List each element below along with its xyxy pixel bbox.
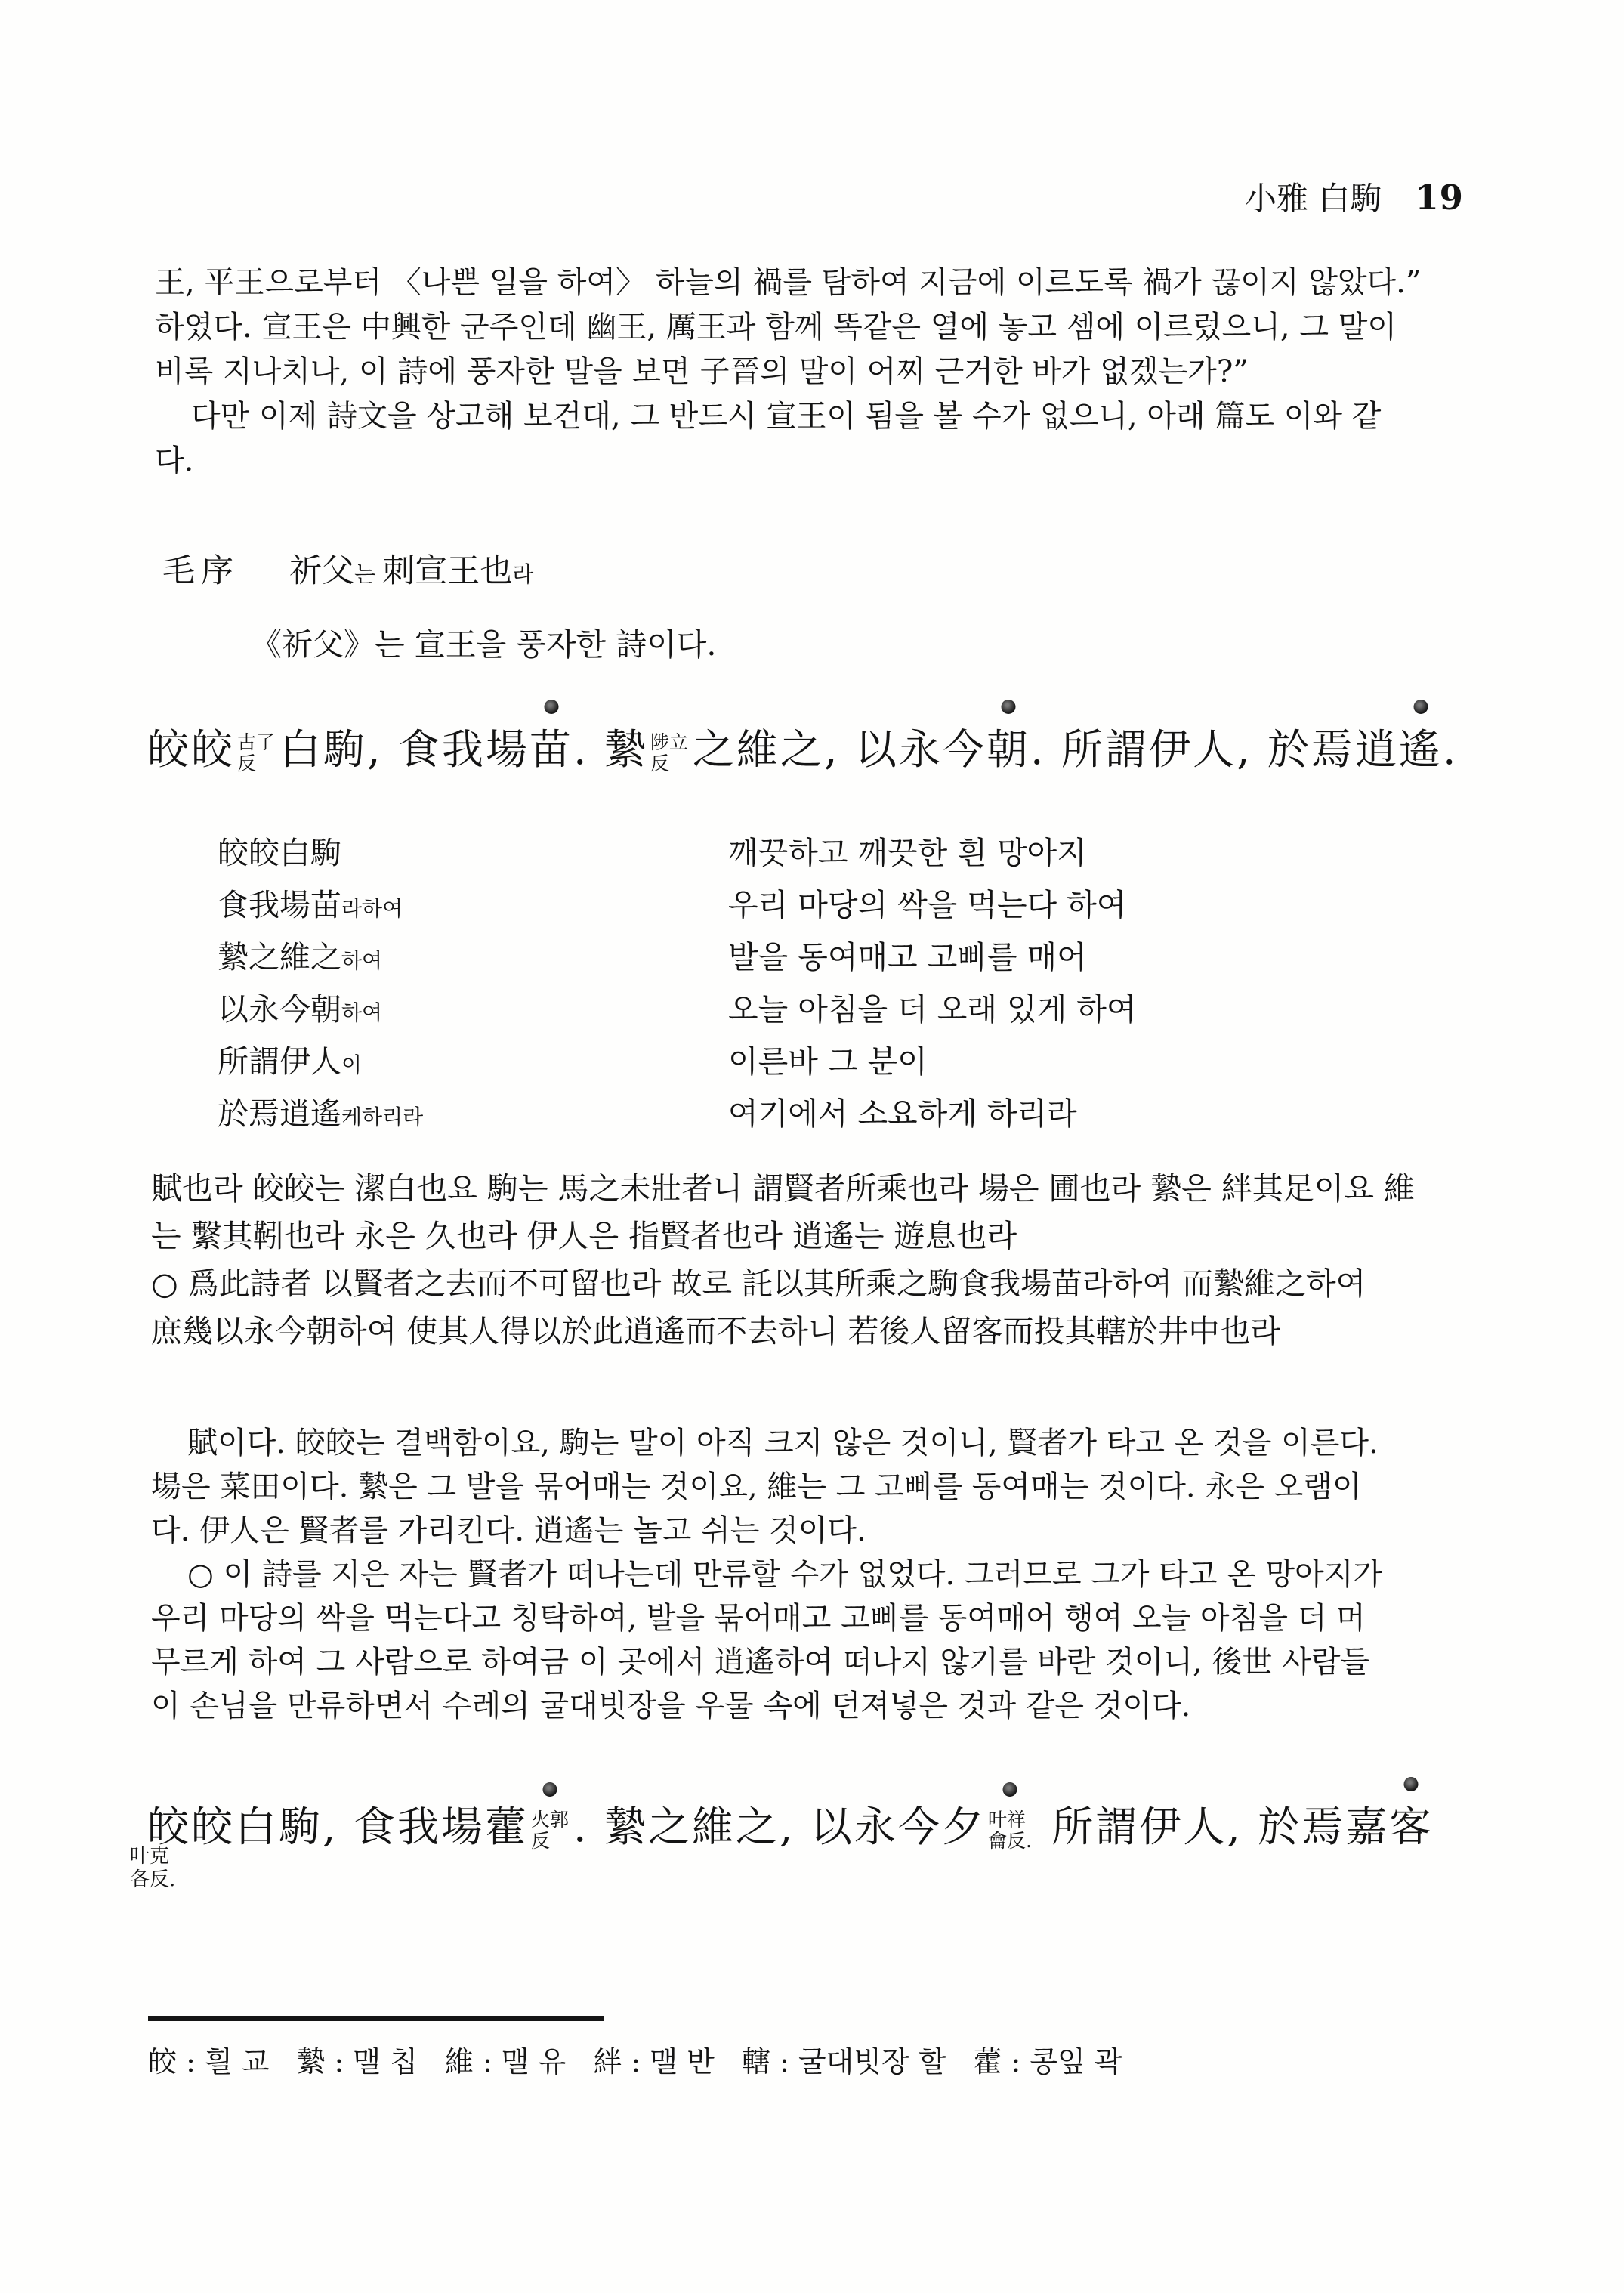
- fanqie-annotation: 陟立反: [650, 732, 688, 774]
- verse-text: 白駒, 食我場: [279, 725, 529, 774]
- couplet-row: 以永今朝하여 오늘 아침을 더 오래 있게 하여: [218, 984, 1136, 1037]
- fanqie-bottom: 各反.: [130, 1868, 175, 1892]
- couplet-hanmun: 縶之維之하여: [218, 932, 728, 977]
- couplet-korean: 우리 마당의 싹을 먹는다 하여: [728, 880, 1126, 925]
- text-line: 王, 平王으로부터 〈나쁜 일을 하여〉 하늘의 禍를 탐하여 지금에 이르도록…: [155, 258, 1421, 303]
- fanqie-annotation: 火郭反: [531, 1809, 569, 1852]
- verse-text: 之維之, 以永今: [693, 725, 986, 774]
- text-line: 다. 伊人은 賢者를 가리킨다. 逍遙는 놀고 쉬는 것이다.: [151, 1507, 1382, 1550]
- page-number: 19: [1415, 178, 1464, 218]
- verse-line-2: 皎皎白駒, 食我場藿火郭反. 縶之維之, 以永今夕叶祥龠反. 所謂伊人, 於焉嘉…: [147, 1794, 1433, 1853]
- couplet-korean: 이른바 그 분이: [728, 1037, 928, 1081]
- fanqie-annotation: 叶祥龠反.: [988, 1809, 1032, 1852]
- verse-line-1: 皎皎古了反白駒, 食我場苗. 縶陟立反之維之, 以永今朝. 所謂伊人, 於焉逍遙…: [147, 716, 1458, 776]
- character-glossary-line: 皎 : 흴 교縶 : 맬 칩維 : 맬 유絆 : 맬 반轄 : 굴대빗장 할藿 …: [148, 2038, 1150, 2080]
- verse-text: . 所謂伊人, 於焉逍: [1030, 725, 1399, 774]
- rhyme-marked-char: 遙: [1399, 716, 1443, 776]
- couplet-row: 皎皎白駒 깨끗하고 깨끗한 흰 망아지: [218, 828, 1136, 880]
- fanqie-top: 叶祥: [988, 1809, 1026, 1831]
- section-title: 小雅 白駒: [1245, 180, 1382, 217]
- verse-translation-table: 皎皎白駒 깨끗하고 깨끗한 흰 망아지 食我場苗라하여 우리 마당의 싹을 먹는…: [218, 828, 1136, 1141]
- rhyme-dot-icon: [1413, 700, 1428, 714]
- text-line: 하였다. 宣王은 中興한 군주인데 幽王, 厲王과 함께 똑같은 열에 놓고 셈…: [155, 303, 1421, 348]
- couplet-row: 食我場苗라하여 우리 마당의 싹을 먹는다 하여: [218, 880, 1136, 932]
- korean-suffix: 이: [341, 1052, 362, 1077]
- text-line: 場은 菜田이다. 縶은 그 발을 묶어매는 것이요, 維는 그 고삐를 동여매는…: [151, 1463, 1382, 1507]
- fanqie-top: 叶克: [130, 1845, 175, 1868]
- couplet-korean: 여기에서 소요하게 하리라: [728, 1089, 1077, 1133]
- text-line: ○ 爲此詩者 以賢者之去而不可留也라 故로 託以其所乘之駒食我場苗라하여 而縶維…: [151, 1259, 1415, 1306]
- text-line: ○ 이 詩를 지은 자는 賢者가 떠나는데 만류할 수가 없었다. 그러므로 그…: [151, 1550, 1382, 1594]
- korean-suffix: 하여: [341, 1000, 382, 1025]
- previous-commentary-paragraph: 王, 平王으로부터 〈나쁜 일을 하여〉 하늘의 禍를 탐하여 지금에 이르도록…: [155, 258, 1421, 481]
- rhyme-dot-icon: [545, 700, 559, 714]
- korean-suffix: 라하여: [341, 896, 403, 921]
- mao-preface-translation: 《祈父》는 宣王을 풍자한 詩이다.: [251, 620, 716, 664]
- text-line: 이 손님을 만류하면서 수레의 굴대빗장을 우물 속에 던져넣은 것과 같은 것…: [151, 1682, 1382, 1726]
- text-line: 비록 지나치나, 이 詩에 풍자한 말을 보면 子晉의 말이 어찌 근거한 바가…: [155, 348, 1421, 392]
- fanqie-top: 古了: [237, 732, 275, 753]
- fanqie-bottom: 反: [237, 753, 256, 774]
- text-line: 우리 마당의 싹을 먹는다고 칭탁하여, 발을 묶어매고 고삐를 동여매어 행여…: [151, 1594, 1382, 1638]
- rhyme-dot-icon: [1001, 700, 1015, 714]
- glossary-entry: 藿 : 콩잎 곽: [973, 2045, 1122, 2078]
- mao-preface-hanja: 刺宣王也: [382, 552, 512, 590]
- verse-char: 藿: [485, 1803, 529, 1851]
- fanqie-top: 火郭: [531, 1809, 569, 1831]
- couplet-korean: 깨끗하고 깨끗한 흰 망아지: [728, 828, 1087, 873]
- verse-char: 夕: [942, 1803, 986, 1851]
- mao-preface-label: 毛序: [162, 552, 239, 590]
- korean-particle: 는: [354, 561, 382, 587]
- couplet-row: 縶之維之하여 발을 동여매고 고삐를 매어: [218, 932, 1136, 984]
- footnote-separator-rule: [148, 2016, 604, 2021]
- verse-text: . 縶: [573, 725, 648, 774]
- rhyme-dot-icon: [1002, 1782, 1017, 1797]
- rhyme-dot-icon: [542, 1782, 557, 1797]
- couplet-row: 於焉逍遙케하리라 여기에서 소요하게 하리라: [218, 1089, 1136, 1141]
- fanqie-bottom: 反: [650, 753, 669, 774]
- text-line: 다.: [155, 437, 1421, 481]
- verse-text: 皎皎白駒, 食我場: [147, 1803, 485, 1851]
- text-line: 무르게 하여 그 사람으로 하여금 이 곳에서 逍遙하여 떠나지 않기를 바란 …: [151, 1638, 1382, 1682]
- rhyme-dot-icon: [1404, 1777, 1419, 1791]
- verse-text: .: [1443, 725, 1458, 774]
- verse-text: . 縶之維之, 以永今: [573, 1803, 942, 1851]
- glossary-entry: 絆 : 맬 반: [593, 2045, 714, 2078]
- couplet-hanmun: 皎皎白駒: [218, 828, 728, 873]
- couplet-hanmun: 所謂伊人이: [218, 1037, 728, 1081]
- fanqie-carryover-annotation: 叶克 各反.: [130, 1845, 175, 1892]
- korean-particle: 라: [512, 561, 533, 587]
- couplet-hanmun: 於焉逍遙케하리라: [218, 1089, 728, 1133]
- glossary-entry: 維 : 맬 유: [445, 2045, 566, 2078]
- rhyme-marked-char: 苗: [529, 716, 573, 776]
- text-line: 는 繫其靷也라 永은 久也라 伊人은 指賢者也라 逍遙는 遊息也라: [151, 1211, 1415, 1259]
- couplet-hanmun: 以永今朝하여: [218, 984, 728, 1029]
- rhyme-marked-char: 客: [1389, 1794, 1433, 1853]
- text-line: 庶幾以永今朝하여 使其人得以於此逍遙而不去하니 若後人留客而投其轄於井中也라: [151, 1306, 1415, 1354]
- fanqie-annotation: 古了反: [237, 732, 275, 774]
- rhyme-marked-char: 朝: [986, 716, 1030, 776]
- text-line: 賦也라 皎皎는 潔白也요 駒는 馬之未壯者니 謂賢者所乘也라 場은 圃也라 縶은…: [151, 1163, 1415, 1211]
- glossary-entry: 縶 : 맬 칩: [296, 2045, 417, 2078]
- couplet-korean: 발을 동여매고 고삐를 매어: [728, 932, 1087, 977]
- verse-text: 所謂伊人, 於焉嘉: [1036, 1803, 1389, 1851]
- fanqie-top: 陟立: [650, 732, 688, 753]
- book-page: 小雅 白駒19 王, 平王으로부터 〈나쁜 일을 하여〉 하늘의 禍를 탐하여 …: [0, 0, 1624, 2293]
- fanqie-bottom: 反: [531, 1831, 550, 1852]
- korean-suffix: 케하리라: [341, 1105, 423, 1130]
- glossary-entry: 皎 : 흴 교: [148, 2045, 269, 2078]
- commentary-hanmun-block: 賦也라 皎皎는 潔白也요 駒는 馬之未壯者니 謂賢者所乘也라 場은 圃也라 縶은…: [151, 1163, 1415, 1354]
- couplet-hanmun: 食我場苗라하여: [218, 880, 728, 925]
- commentary-korean-block: 賦이다. 皎皎는 결백함이요, 駒는 말이 아직 크지 않은 것이니, 賢者가 …: [151, 1419, 1382, 1726]
- verse-text: 皎皎: [147, 725, 235, 774]
- text-line: 다만 이제 詩文을 상고해 보건대, 그 반드시 宣王이 됨을 볼 수가 없으니…: [155, 392, 1421, 437]
- text-line: 賦이다. 皎皎는 결백함이요, 駒는 말이 아직 크지 않은 것이니, 賢者가 …: [151, 1419, 1382, 1463]
- fanqie-bottom: 龠反.: [988, 1831, 1032, 1852]
- mao-preface-hanja: 祈父: [289, 552, 354, 590]
- korean-suffix: 하여: [341, 948, 382, 973]
- couplet-row: 所謂伊人이 이른바 그 분이: [218, 1037, 1136, 1089]
- couplet-korean: 오늘 아침을 더 오래 있게 하여: [728, 984, 1136, 1029]
- running-head: 小雅 白駒19: [1245, 174, 1464, 219]
- glossary-entry: 轄 : 굴대빗장 할: [742, 2045, 946, 2078]
- mao-preface-line: 毛序祈父는 刺宣王也라: [162, 545, 533, 592]
